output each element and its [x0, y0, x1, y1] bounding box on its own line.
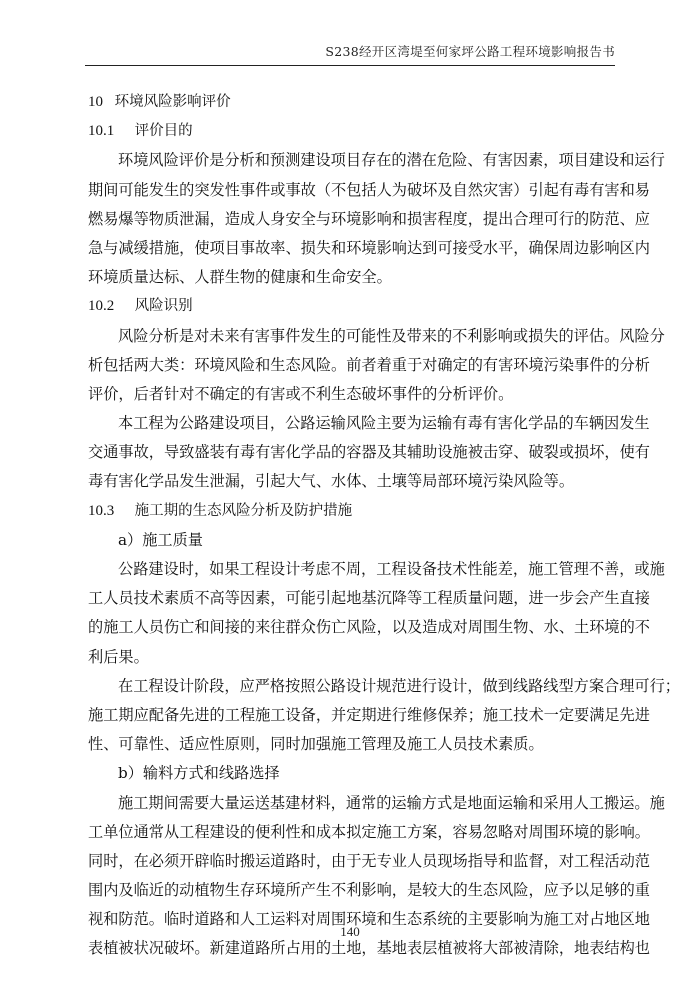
section-number: 10.3: [88, 497, 130, 526]
chapter-heading: 10 环境风险影响评价: [88, 88, 613, 117]
section-title: 施工期的生态风险分析及防护措施: [135, 503, 353, 519]
paragraph-line: 本工程为公路建设项目，公路运输风险主要为运输有毒有害化学品的车辆因发生: [88, 409, 613, 438]
paragraph-line: 燃易爆等物质泄漏，造成人身安全与环境影响和损害程度，提出合理可行的防范、应: [88, 205, 613, 234]
paragraph-line: 的施工人员伤亡和间接的来往群众伤亡风险，以及造成对周围生物、水、土环境的不: [88, 613, 613, 642]
paragraph-line: 环境风险评价是分析和预测建设项目存在的潜在危险、有害因素，项目建设和运行: [88, 146, 613, 175]
paragraph-line: 同时，在必须开辟临时搬运道路时，由于无专业人员现场指导和监督，对工程活动范: [88, 847, 613, 876]
subsection-heading-a: a）施工质量: [88, 526, 613, 555]
chapter-title: 环境风险影响评价: [115, 94, 231, 110]
paragraph-line: 围内及临近的动植物生存环境所产生不利影响，是较大的生态风险，应予以足够的重: [88, 876, 613, 905]
paragraph-line: 性、可靠性、适应性原则，同时加强施工管理及施工人员技术素质。: [88, 730, 613, 759]
paragraph-line: 在工程设计阶段，应严格按照公路设计规范进行设计，做到线路线型方案合理可行；: [88, 672, 613, 701]
paragraph-line: 环境质量达标、人群生物的健康和生命安全。: [88, 263, 613, 292]
paragraph-risk-analysis: 风险分析是对未来有害事件发生的可能性及带来的不利影响或损失的评估。风险分 析包括…: [88, 322, 613, 410]
paragraph-line: 工人员技术素质不高等因素，可能引起地基沉降等工程质量问题，进一步会产生直接: [88, 584, 613, 613]
paragraph-line: 急与减缓措施，使项目事故率、损失和环境影响达到可接受水平，确保周边影响区内: [88, 234, 613, 263]
running-header: S238经开区湾堤至何家坪公路工程环境影响报告书: [85, 44, 615, 60]
document-page: S238经开区湾堤至何家坪公路工程环境影响报告书 10 环境风险影响评价 10.…: [0, 0, 700, 990]
section-heading-10-1: 10.1 评价目的: [88, 117, 613, 146]
paragraph-line: 毒有害化学品发生泄漏，引起大气、水体、土壤等局部环境污染风险等。: [88, 467, 613, 496]
header-rule: [85, 65, 615, 66]
paragraph-line: 风险分析是对未来有害事件发生的可能性及带来的不利影响或损失的评估。风险分: [88, 322, 613, 351]
paragraph-evaluation-purpose: 环境风险评价是分析和预测建设项目存在的潜在危险、有害因素，项目建设和运行 期间可…: [88, 146, 613, 292]
section-heading-10-2: 10.2 风险识别: [88, 292, 613, 321]
paragraph-line: 交通事故，导致盛装有毒有害化学品的容器及其辅助设施被击穿、破裂或损坏，使有: [88, 438, 613, 467]
subsection-heading-b: b）输料方式和线路选择: [88, 759, 613, 788]
section-number: 10.2: [88, 292, 130, 321]
section-number: 10.1: [88, 117, 130, 146]
page-content: 10 环境风险影响评价 10.1 评价目的 环境风险评价是分析和预测建设项目存在…: [88, 88, 613, 964]
paragraph-line: 工单位通常从工程建设的便利性和成本拟定施工方案，容易忽略对周围环境的影响。: [88, 818, 613, 847]
paragraph-transport-risk: 本工程为公路建设项目，公路运输风险主要为运输有毒有害化学品的车辆因发生 交通事故…: [88, 409, 613, 497]
paragraph-line: 期间可能发生的突发性事件或事故（不包括人为破坏及自然灾害）引起有毒有害和易: [88, 176, 613, 205]
page-number: 140: [0, 924, 700, 940]
paragraph-line: 施工期间需要大量运送基建材料，通常的运输方式是地面运输和采用人工搬运。施: [88, 789, 613, 818]
paragraph-line: 利后果。: [88, 643, 613, 672]
paragraph-design-stage: 在工程设计阶段，应严格按照公路设计规范进行设计，做到线路线型方案合理可行； 施工…: [88, 672, 613, 760]
paragraph-construction-quality: 公路建设时，如果工程设计考虑不周，工程设备技术性能差，施工管理不善，或施 工人员…: [88, 555, 613, 672]
chapter-number: 10: [88, 88, 110, 117]
section-title: 风险识别: [135, 298, 193, 314]
paragraph-line: 评价，后者针对不确定的有害或不利生态破坏事件的分析评价。: [88, 380, 613, 409]
section-title: 评价目的: [135, 123, 193, 139]
paragraph-line: 析包括两大类：环境风险和生态风险。前者着重于对确定的有害环境污染事件的分析: [88, 351, 613, 380]
section-heading-10-3: 10.3 施工期的生态风险分析及防护措施: [88, 497, 613, 526]
paragraph-line: 施工期应配备先进的工程施工设备，并定期进行维修保养；施工技术一定要满足先进: [88, 701, 613, 730]
paragraph-line: 公路建设时，如果工程设计考虑不周，工程设备技术性能差，施工管理不善，或施: [88, 555, 613, 584]
